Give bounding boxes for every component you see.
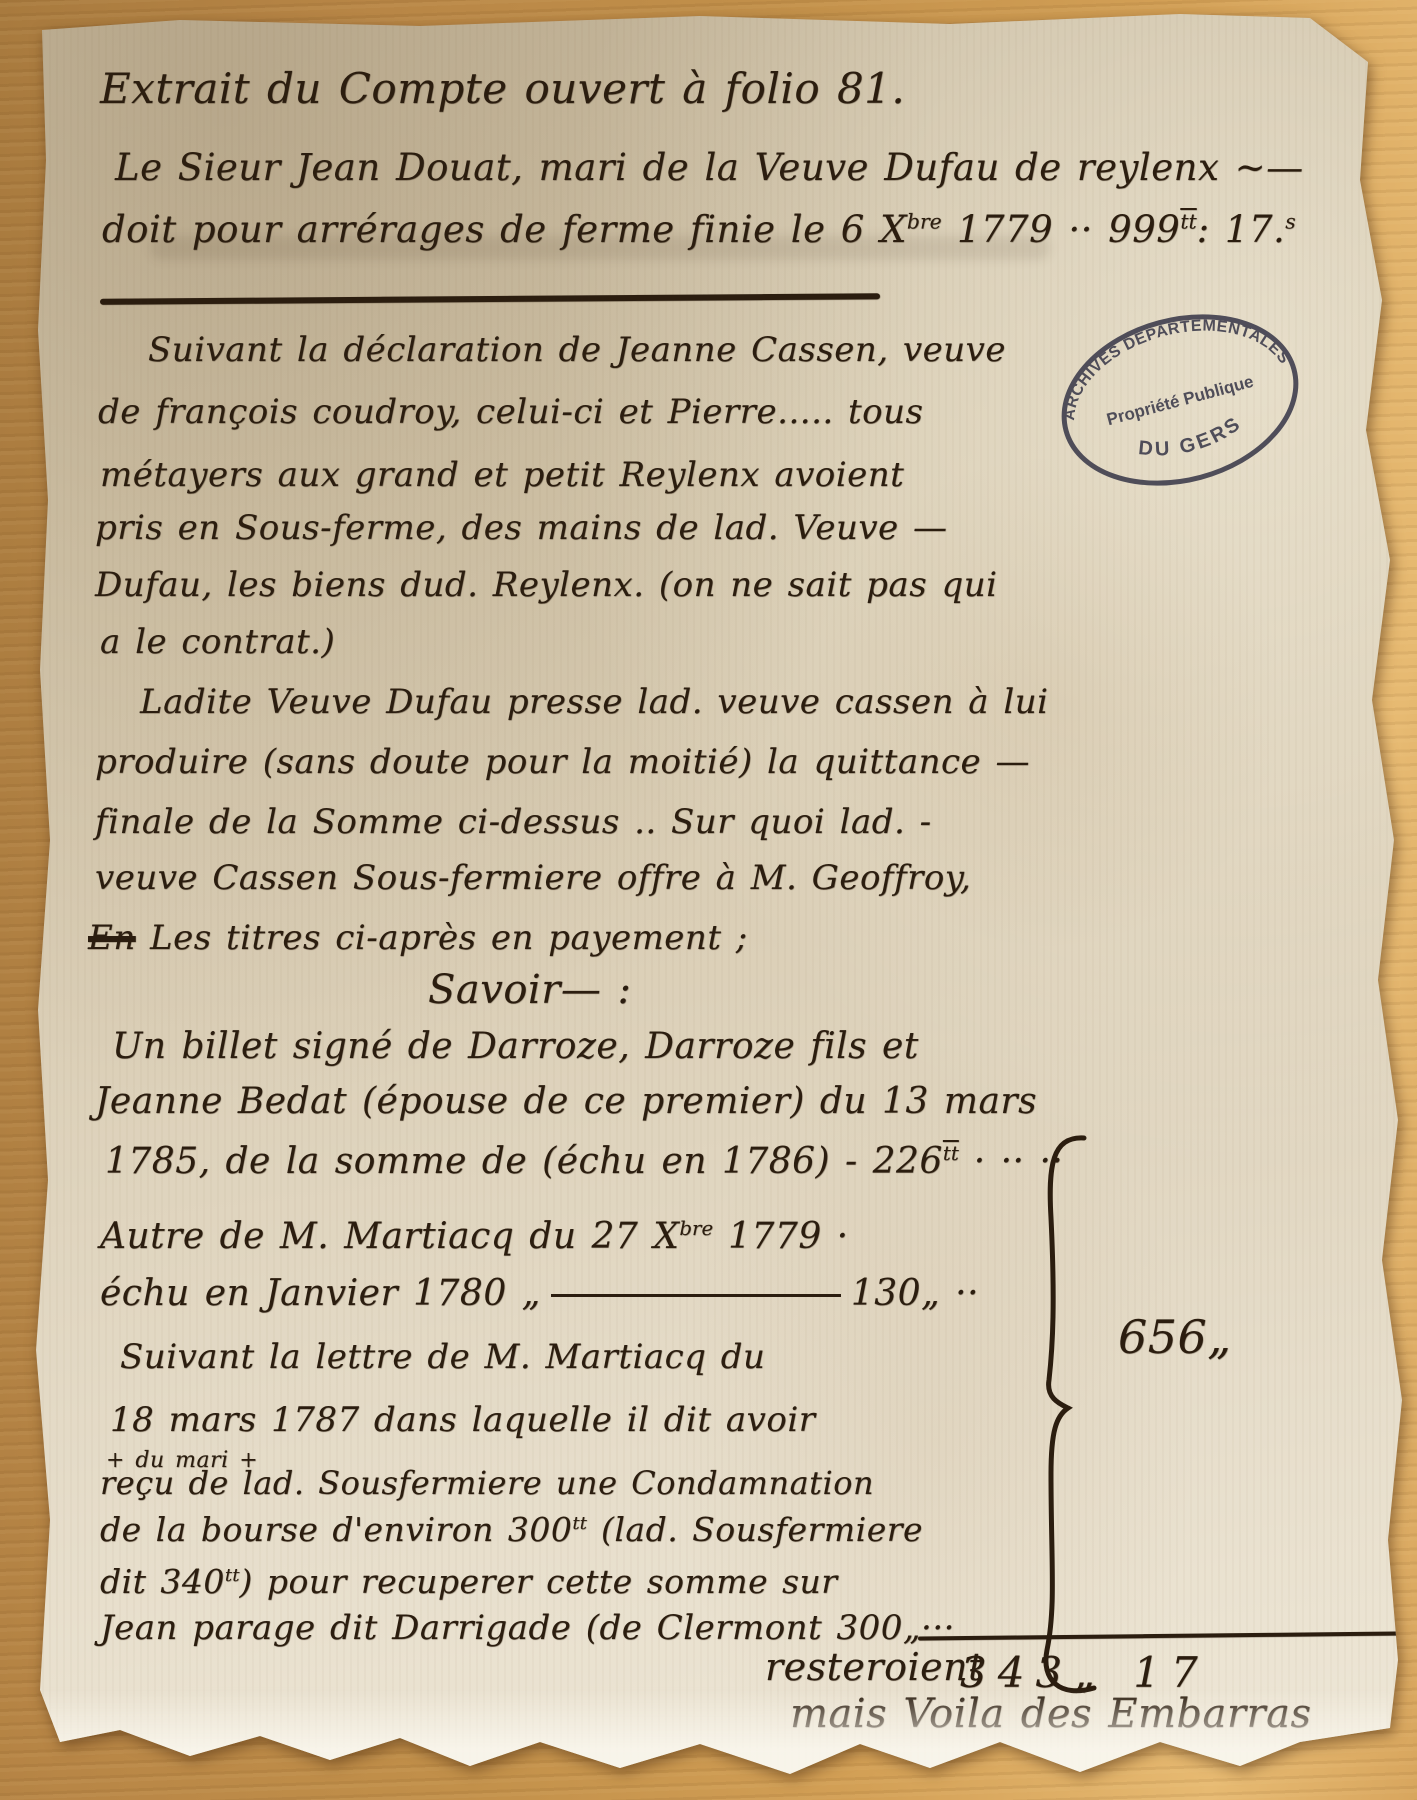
header-line-3: doit pour arrérages de ferme finie le 6 … bbox=[102, 208, 1296, 252]
body-line: Jeanne Bedat (épouse de ce premier) du 1… bbox=[95, 1080, 1037, 1123]
superscript-bre: bre bbox=[907, 210, 942, 234]
body-line-text: Dufau, les biens dud. Reylenx. (on ne sa… bbox=[95, 565, 998, 605]
body-line: Un billet signé de Darroze, Darroze fils… bbox=[112, 1025, 919, 1068]
header-underline bbox=[100, 293, 880, 304]
resteroient-text: resteroient bbox=[765, 1645, 984, 1689]
body-line-text: Jean parage dit Darrigade (de Clermont 3… bbox=[100, 1608, 955, 1648]
svg-text:DU GERS: DU GERS bbox=[1132, 410, 1249, 470]
body-line: veuve Cassen Sous-fermiere offre à M. Ge… bbox=[95, 858, 971, 899]
savoir-heading: Savoir— : bbox=[428, 966, 632, 1014]
body-line-text: 18 mars 1787 dans laquelle il dit avoir bbox=[110, 1400, 815, 1440]
body-line-text: Ladite Veuve Dufau presse lad. veuve cas… bbox=[140, 682, 1049, 722]
body-line: Suivant la lettre de M. Martiacq du bbox=[120, 1337, 765, 1378]
ledger-line-226: 1785, de la somme de (échu en 1786) - 22… bbox=[105, 1140, 1063, 1183]
superscript-sols: s bbox=[1285, 210, 1295, 234]
superscript-livres: tt bbox=[572, 1513, 587, 1534]
body-line: dit 340tt) pour recuperer cette somme su… bbox=[100, 1562, 838, 1602]
ledger-text: échu en Janvier 1780 „ bbox=[100, 1273, 541, 1314]
body-line: a le contrat.) bbox=[100, 622, 335, 663]
superscript-bre: bre bbox=[679, 1217, 713, 1240]
superscript-livres: tt bbox=[943, 1142, 959, 1165]
body-line-text: de françois coudroy, celui-ci et Pierre.… bbox=[98, 392, 923, 432]
body-line: Suivant la déclaration de Jeanne Cassen,… bbox=[148, 330, 1006, 371]
body-line-text: pris en Sous-ferme, des mains de lad. Ve… bbox=[95, 508, 948, 548]
ledger-text: 1785, de la somme de (échu en 1786) - 22… bbox=[105, 1141, 943, 1182]
title-text: Extrait du Compte ouvert à folio 81. bbox=[100, 64, 905, 113]
body-line: Jean parage dit Darrigade (de Clermont 3… bbox=[100, 1608, 955, 1649]
body-line-text: finale de la Somme ci-dessus .. Sur quoi… bbox=[95, 802, 932, 842]
savoir-text: Savoir— : bbox=[428, 967, 632, 1013]
manuscript-page: Extrait du Compte ouvert à folio 81. Le … bbox=[0, 0, 1417, 1800]
totals-rule bbox=[918, 1631, 1398, 1640]
body-line-text: Suivant la lettre de M. Martiacq du bbox=[120, 1337, 765, 1377]
ledger-fill-line bbox=[551, 1294, 841, 1297]
title-line: Extrait du Compte ouvert à folio 81. bbox=[100, 64, 905, 114]
body-line: Ladite Veuve Dufau presse lad. veuve cas… bbox=[140, 682, 1049, 723]
ledger-amount: 130„ ·· bbox=[851, 1273, 979, 1314]
struck-word: En bbox=[88, 918, 136, 958]
torn-bottom-edge bbox=[40, 1690, 1390, 1775]
body-line-text: de la bourse d'environ 300 bbox=[100, 1510, 572, 1549]
body-line: En Les titres ci-après en payement ; bbox=[88, 918, 748, 959]
bracket-total: 656„ bbox=[1118, 1310, 1232, 1365]
body-line-text2: ) pour recuperer cette somme sur bbox=[240, 1562, 838, 1601]
superscript-livres: tt bbox=[1180, 210, 1196, 234]
body-line-text: a le contrat.) bbox=[100, 622, 335, 662]
superscript-livres: tt bbox=[225, 1565, 240, 1586]
body-line: de la bourse d'environ 300tt (lad. Sousf… bbox=[100, 1510, 923, 1550]
resteroient-label: resteroient bbox=[765, 1645, 984, 1691]
body-line-text: Les titres ci-après en payement ; bbox=[136, 918, 748, 958]
grouping-brace bbox=[1008, 1132, 1118, 1702]
body-line-text: dit 340 bbox=[100, 1562, 225, 1601]
header-line-2: Le Sieur Jean Douat, mari de la Veuve Du… bbox=[115, 146, 1304, 190]
bracket-total-value: 656„ bbox=[1118, 1310, 1232, 1364]
amount-due-sols: : 17. bbox=[1197, 208, 1286, 251]
paper-sheet: Extrait du Compte ouvert à folio 81. Le … bbox=[0, 0, 1417, 1800]
body-line: Dufau, les biens dud. Reylenx. (on ne sa… bbox=[95, 565, 998, 606]
ledger-date: 1779 · bbox=[713, 1216, 848, 1257]
body-line-text: métayers aux grand et petit Reylenx avoi… bbox=[100, 455, 904, 495]
body-line-text: produire (sans doute pour la moitié) la … bbox=[95, 742, 1030, 782]
body-line: pris en Sous-ferme, des mains de lad. Ve… bbox=[95, 508, 948, 549]
body-line-text: Un billet signé de Darroze, Darroze fils… bbox=[112, 1026, 919, 1067]
body-line: reçu de lad. Sousfermiere une Condamnati… bbox=[100, 1464, 874, 1502]
header-line-2-text: Le Sieur Jean Douat, mari de la Veuve Du… bbox=[115, 146, 1304, 189]
photo-of-manuscript: { "header": { "line1": "Extrait du Compt… bbox=[0, 0, 1417, 1800]
ledger-line-130: échu en Janvier 1780 „130„ ·· bbox=[100, 1272, 979, 1315]
body-line: métayers aux grand et petit Reylenx avoi… bbox=[100, 455, 904, 496]
amount-due-value: 1779 ·· 999 bbox=[942, 208, 1181, 251]
body-line: finale de la Somme ci-dessus .. Sur quoi… bbox=[95, 802, 932, 843]
body-line-text2: (lad. Sousfermiere bbox=[587, 1510, 923, 1549]
body-line-text: reçu de lad. Sousfermiere une Condamnati… bbox=[100, 1464, 874, 1502]
body-line: de françois coudroy, celui-ci et Pierre.… bbox=[98, 392, 923, 433]
amount-due-text: doit pour arrérages de ferme finie le 6 … bbox=[102, 208, 907, 251]
body-line-text: veuve Cassen Sous-fermiere offre à M. Ge… bbox=[95, 858, 971, 898]
ledger-text: Autre de M. Martiacq du 27 X bbox=[100, 1216, 679, 1257]
ledger-line-martiacq: Autre de M. Martiacq du 27 Xbre 1779 · bbox=[100, 1215, 849, 1258]
archive-oval-stamp: ARCHIVES DEPARTEMENTALES Propriété Publi… bbox=[1024, 268, 1337, 531]
body-line-text: Suivant la déclaration de Jeanne Cassen,… bbox=[148, 330, 1006, 370]
stamp-bottom-text: DU GERS bbox=[1132, 410, 1249, 470]
body-line: 18 mars 1787 dans laquelle il dit avoir bbox=[110, 1400, 815, 1441]
body-line: produire (sans doute pour la moitié) la … bbox=[95, 742, 1030, 783]
body-line-text: Jeanne Bedat (épouse de ce premier) du 1… bbox=[95, 1081, 1037, 1122]
